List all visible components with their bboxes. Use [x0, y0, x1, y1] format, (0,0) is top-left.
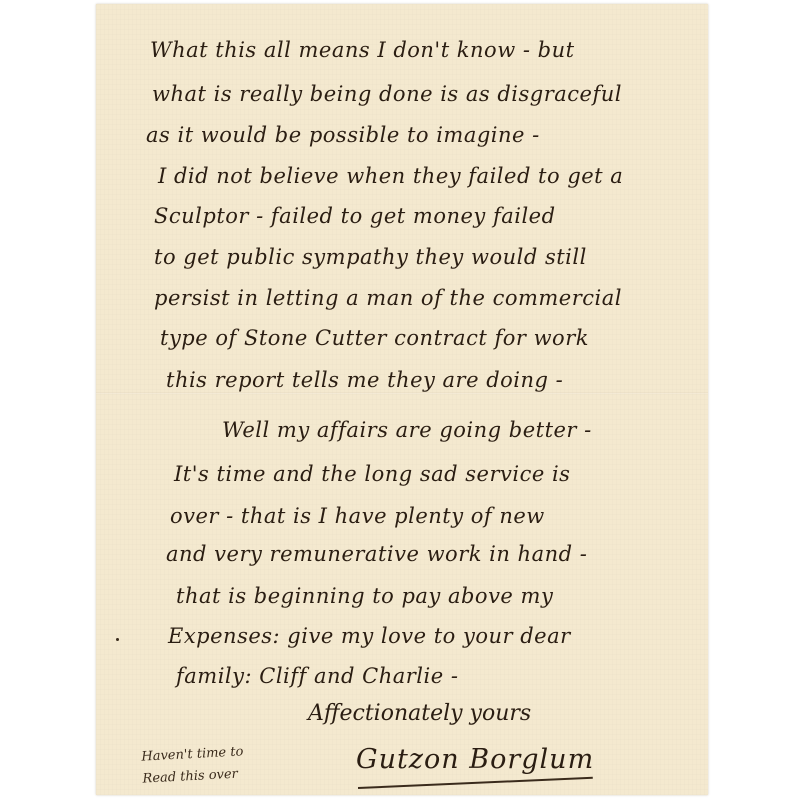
signature-underline [358, 777, 593, 789]
postscript: Haven't time to Read this over [141, 741, 245, 790]
letter-closing: Affectionately yours [308, 701, 531, 726]
ink-dot-mark [116, 638, 119, 641]
letter-line-13: and very remunerative work in hand - [166, 542, 587, 566]
paper-fold-line [96, 392, 708, 394]
letter-line-8: type of Stone Cutter contract for work [160, 326, 589, 350]
letter-line-11: It's time and the long sad service is [174, 462, 570, 486]
letter-line-14: that is beginning to pay above my [176, 584, 553, 608]
letter-line-5: Sculptor - failed to get money failed [154, 204, 556, 228]
letter-line-4: I did not believe when they failed to ge… [158, 164, 623, 188]
letter-line-2: what is really being done is as disgrace… [152, 82, 622, 106]
letter-line-1: What this all means I don't know - but [150, 38, 575, 62]
letter-line-6: to get public sympathy they would still [154, 245, 587, 269]
letter-line-12: over - that is I have plenty of new [170, 504, 545, 528]
letter-line-15: Expenses: give my love to your dear [168, 624, 571, 648]
letter-line-10: Well my affairs are going better - [222, 418, 592, 442]
letter-line-3: as it would be possible to imagine - [146, 123, 540, 147]
letter-page: What this all means I don't know - but w… [96, 4, 708, 795]
letter-line-7: persist in letting a man of the commerci… [154, 286, 622, 310]
letter-line-16: family: Cliff and Charlie - [176, 664, 458, 688]
postscript-line-2: Read this over [142, 763, 245, 790]
signature: Gutzon Borglum [356, 744, 594, 775]
letter-line-9: this report tells me they are doing - [166, 368, 563, 392]
